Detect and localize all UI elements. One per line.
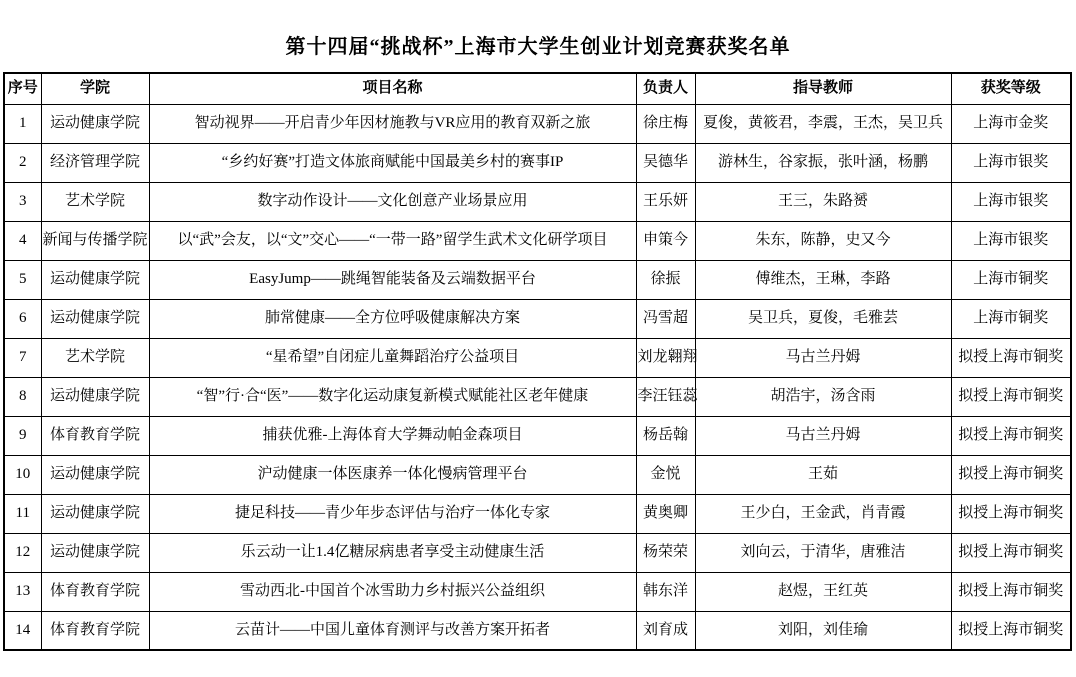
cell-leader: 申策今 (636, 221, 695, 260)
cell-award-level: 拟授上海市铜奖 (951, 533, 1071, 572)
cell-college: 体育教育学院 (41, 611, 149, 650)
cell-project-name: 以“武”会友，以“文”交心——“一带一路”留学生武术文化研学项目 (149, 221, 636, 260)
cell-award-level: 上海市铜奖 (951, 260, 1071, 299)
cell-award-level: 上海市银奖 (951, 182, 1071, 221)
cell-award-level: 上海市金奖 (951, 104, 1071, 143)
cell-college: 新闻与传播学院 (41, 221, 149, 260)
table-row: 2 经济管理学院 “乡约好赛”打造文体旅商赋能中国最美乡村的赛事IP 吴德华 游… (4, 143, 1071, 182)
cell-college: 运动健康学院 (41, 299, 149, 338)
page-title: 第十四届“挑战杯”上海市大学生创业计划竞赛获奖名单 (0, 34, 1076, 60)
cell-serial-number: 3 (4, 182, 41, 221)
header-leader: 负责人 (636, 73, 695, 104)
cell-serial-number: 11 (4, 494, 41, 533)
cell-award-level: 上海市银奖 (951, 143, 1071, 182)
cell-serial-number: 8 (4, 377, 41, 416)
table-row: 13 体育教育学院 雪动西北-中国首个冰雪助力乡村振兴公益组织 韩东洋 赵煜，王… (4, 572, 1071, 611)
cell-leader: 李汪钰蕊 (636, 377, 695, 416)
cell-advisors: 马古兰丹姆 (695, 416, 951, 455)
cell-project-name: 云苗计——中国儿童体育测评与改善方案开拓者 (149, 611, 636, 650)
cell-advisors: 王少白，王金武，肖青霞 (695, 494, 951, 533)
cell-leader: 王乐妍 (636, 182, 695, 221)
cell-college: 艺术学院 (41, 338, 149, 377)
table-row: 3 艺术学院 数字动作设计——文化创意产业场景应用 王乐妍 王三，朱路赟 上海市… (4, 182, 1071, 221)
cell-project-name: 数字动作设计——文化创意产业场景应用 (149, 182, 636, 221)
cell-award-level: 上海市铜奖 (951, 299, 1071, 338)
cell-advisors: 吴卫兵，夏俊，毛雅芸 (695, 299, 951, 338)
header-award: 获奖等级 (951, 73, 1071, 104)
cell-project-name: 乐云动一让1.4亿糖尿病患者享受主动健康生活 (149, 533, 636, 572)
cell-award-level: 拟授上海市铜奖 (951, 377, 1071, 416)
cell-leader: 冯雪超 (636, 299, 695, 338)
cell-college: 经济管理学院 (41, 143, 149, 182)
header-advisors: 指导教师 (695, 73, 951, 104)
header-no: 序号 (4, 73, 41, 104)
cell-award-level: 上海市银奖 (951, 221, 1071, 260)
cell-college: 运动健康学院 (41, 260, 149, 299)
cell-project-name: 沪动健康一体医康养一体化慢病管理平台 (149, 455, 636, 494)
cell-leader: 杨荣荣 (636, 533, 695, 572)
cell-leader: 刘龙翱翔 (636, 338, 695, 377)
cell-advisors: 傅维杰，王琳，李路 (695, 260, 951, 299)
cell-project-name: 捷足科技——青少年步态评估与治疗一体化专家 (149, 494, 636, 533)
cell-serial-number: 10 (4, 455, 41, 494)
cell-leader: 黄奥卿 (636, 494, 695, 533)
cell-college: 运动健康学院 (41, 533, 149, 572)
cell-project-name: EasyJump——跳绳智能装备及云端数据平台 (149, 260, 636, 299)
table-row: 7 艺术学院 “星希望”自闭症儿童舞蹈治疗公益项目 刘龙翱翔 马古兰丹姆 拟授上… (4, 338, 1071, 377)
table-row: 14 体育教育学院 云苗计——中国儿童体育测评与改善方案开拓者 刘育成 刘阳，刘… (4, 611, 1071, 650)
cell-advisors: 夏俊，黄筱君，李震，王杰，吴卫兵 (695, 104, 951, 143)
cell-project-name: 雪动西北-中国首个冰雪助力乡村振兴公益组织 (149, 572, 636, 611)
cell-leader: 杨岳翰 (636, 416, 695, 455)
cell-advisors: 朱东，陈静，史又今 (695, 221, 951, 260)
cell-serial-number: 5 (4, 260, 41, 299)
cell-college: 运动健康学院 (41, 104, 149, 143)
cell-award-level: 拟授上海市铜奖 (951, 338, 1071, 377)
cell-advisors: 刘阳，刘佳瑜 (695, 611, 951, 650)
cell-serial-number: 12 (4, 533, 41, 572)
cell-college: 运动健康学院 (41, 377, 149, 416)
header-project: 项目名称 (149, 73, 636, 104)
cell-leader: 金悦 (636, 455, 695, 494)
cell-college: 艺术学院 (41, 182, 149, 221)
cell-award-level: 拟授上海市铜奖 (951, 494, 1071, 533)
document-page: 第十四届“挑战杯”上海市大学生创业计划竞赛获奖名单 序号 学院 项目名称 负责人… (0, 0, 1076, 677)
cell-project-name: “乡约好赛”打造文体旅商赋能中国最美乡村的赛事IP (149, 143, 636, 182)
cell-advisors: 游林生，谷家振，张叶涵，杨鹏 (695, 143, 951, 182)
cell-leader: 韩东洋 (636, 572, 695, 611)
cell-serial-number: 7 (4, 338, 41, 377)
cell-project-name: 智动视界——开启青少年因材施教与VR应用的教育双新之旅 (149, 104, 636, 143)
cell-serial-number: 4 (4, 221, 41, 260)
table-row: 11 运动健康学院 捷足科技——青少年步态评估与治疗一体化专家 黄奥卿 王少白，… (4, 494, 1071, 533)
cell-serial-number: 6 (4, 299, 41, 338)
cell-advisors: 王茹 (695, 455, 951, 494)
cell-award-level: 拟授上海市铜奖 (951, 611, 1071, 650)
cell-college: 体育教育学院 (41, 416, 149, 455)
cell-advisors: 赵煜，王红英 (695, 572, 951, 611)
cell-serial-number: 13 (4, 572, 41, 611)
cell-project-name: “星希望”自闭症儿童舞蹈治疗公益项目 (149, 338, 636, 377)
cell-leader: 刘育成 (636, 611, 695, 650)
cell-leader: 徐振 (636, 260, 695, 299)
table-header-row: 序号 学院 项目名称 负责人 指导教师 获奖等级 (4, 73, 1071, 104)
cell-serial-number: 14 (4, 611, 41, 650)
cell-college: 运动健康学院 (41, 494, 149, 533)
cell-award-level: 拟授上海市铜奖 (951, 455, 1071, 494)
table-row: 6 运动健康学院 肺常健康——全方位呼吸健康解决方案 冯雪超 吴卫兵，夏俊，毛雅… (4, 299, 1071, 338)
table-row: 12 运动健康学院 乐云动一让1.4亿糖尿病患者享受主动健康生活 杨荣荣 刘向云… (4, 533, 1071, 572)
awards-table: 序号 学院 项目名称 负责人 指导教师 获奖等级 1 运动健康学院 智动视界——… (3, 72, 1072, 651)
cell-college: 运动健康学院 (41, 455, 149, 494)
cell-award-level: 拟授上海市铜奖 (951, 572, 1071, 611)
header-college: 学院 (41, 73, 149, 104)
table-row: 8 运动健康学院 “智”行·合“医”——数字化运动康复新模式赋能社区老年健康 李… (4, 377, 1071, 416)
table-row: 10 运动健康学院 沪动健康一体医康养一体化慢病管理平台 金悦 王茹 拟授上海市… (4, 455, 1071, 494)
cell-advisors: 王三，朱路赟 (695, 182, 951, 221)
cell-project-name: 肺常健康——全方位呼吸健康解决方案 (149, 299, 636, 338)
cell-advisors: 马古兰丹姆 (695, 338, 951, 377)
table-row: 5 运动健康学院 EasyJump——跳绳智能装备及云端数据平台 徐振 傅维杰，… (4, 260, 1071, 299)
cell-leader: 徐庄梅 (636, 104, 695, 143)
table-body: 1 运动健康学院 智动视界——开启青少年因材施教与VR应用的教育双新之旅 徐庄梅… (4, 104, 1071, 650)
table-row: 4 新闻与传播学院 以“武”会友，以“文”交心——“一带一路”留学生武术文化研学… (4, 221, 1071, 260)
cell-project-name: “智”行·合“医”——数字化运动康复新模式赋能社区老年健康 (149, 377, 636, 416)
cell-advisors: 胡浩宇，汤含雨 (695, 377, 951, 416)
cell-project-name: 捕获优雅-上海体育大学舞动帕金森项目 (149, 416, 636, 455)
cell-serial-number: 1 (4, 104, 41, 143)
cell-college: 体育教育学院 (41, 572, 149, 611)
table-row: 9 体育教育学院 捕获优雅-上海体育大学舞动帕金森项目 杨岳翰 马古兰丹姆 拟授… (4, 416, 1071, 455)
cell-serial-number: 2 (4, 143, 41, 182)
cell-leader: 吴德华 (636, 143, 695, 182)
cell-serial-number: 9 (4, 416, 41, 455)
cell-advisors: 刘向云，于清华，唐雅洁 (695, 533, 951, 572)
cell-award-level: 拟授上海市铜奖 (951, 416, 1071, 455)
table-row: 1 运动健康学院 智动视界——开启青少年因材施教与VR应用的教育双新之旅 徐庄梅… (4, 104, 1071, 143)
